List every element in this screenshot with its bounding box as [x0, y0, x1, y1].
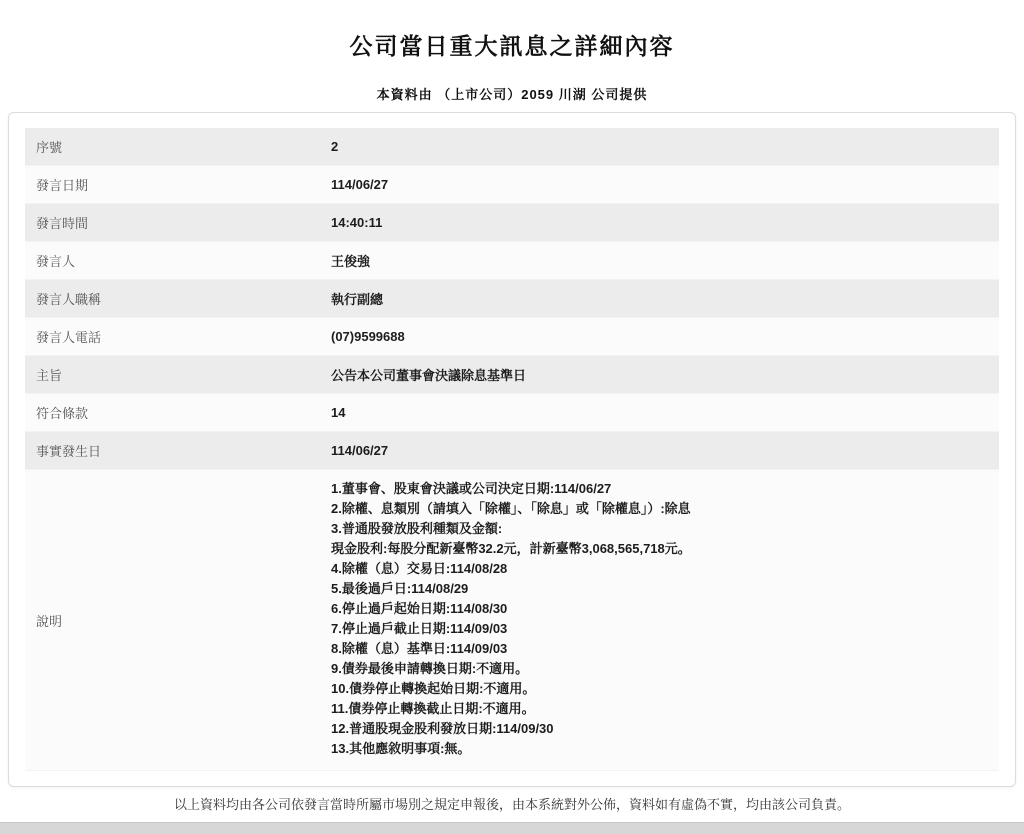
table-row-spokesperson: 發言人 王俊強: [25, 242, 999, 280]
description-line: 9.債券最後申請轉換日期:不適用。: [331, 659, 691, 679]
row-label: 發言人職稱: [25, 289, 331, 308]
description-line: 10.債券停止轉換起始日期:不適用。: [331, 679, 691, 699]
table-row-announcement-date: 發言日期 114/06/27: [25, 166, 999, 204]
table-row-event-date: 事實發生日 114/06/27: [25, 432, 999, 470]
page-footer: 以上資料均由各公司依發言當時所屬市場別之規定申報後，由本系統對外公佈，資料如有虛…: [0, 794, 1024, 813]
table-row-serial-number: 序號 2: [25, 128, 999, 166]
description-line: 2.除權、息類別（請填入「除權」、「除息」或「除權息」）:除息: [331, 499, 691, 519]
row-label: 主旨: [25, 365, 331, 384]
table-row-spokesperson-title: 發言人職稱 執行副總: [25, 280, 999, 318]
description-content: 1.董事會、股東會決議或公司決定日期:114/06/272.除權、息類別（請填入…: [331, 470, 701, 770]
row-label: 發言人電話: [25, 327, 331, 346]
row-label: 說明: [25, 611, 331, 630]
row-label: 符合條款: [25, 403, 331, 422]
row-label: 發言時間: [25, 213, 331, 232]
table-row-matched-clause: 符合條款 14: [25, 394, 999, 432]
description-line: 4.除權（息）交易日:114/08/28: [331, 559, 691, 579]
bottom-bar: [0, 822, 1024, 834]
row-label: 事實發生日: [25, 441, 331, 460]
row-value: 2: [331, 139, 348, 154]
row-value: 114/06/27: [331, 177, 398, 192]
row-value: 王俊強: [331, 251, 380, 270]
description-line: 6.停止過戶起始日期:114/08/30: [331, 599, 691, 619]
description-line: 3.普通股發放股利種類及金額:: [331, 519, 691, 539]
description-line: 8.除權（息）基準日:114/09/03: [331, 639, 691, 659]
row-label: 序號: [25, 137, 331, 156]
row-label: 發言日期: [25, 175, 331, 194]
page-header: 公司當日重大訊息之詳細內容 本資料由 （上市公司）2059 川湖 公司提供: [0, 0, 1024, 103]
table-row-spokesperson-phone: 發言人電話 (07)9599688: [25, 318, 999, 356]
row-value: 執行副總: [331, 289, 393, 308]
description-line: 12.普通股現金股利發放日期:114/09/30: [331, 719, 691, 739]
row-label: 發言人: [25, 251, 331, 270]
description-line: 11.債券停止轉換截止日期:不適用。: [331, 699, 691, 719]
row-value: 公告本公司董事會決議除息基準日: [331, 365, 536, 384]
table-row-subject: 主旨 公告本公司董事會決議除息基準日: [25, 356, 999, 394]
description-line: 5.最後過戶日:114/08/29: [331, 579, 691, 599]
disclaimer-text: 以上資料均由各公司依發言當時所屬市場別之規定申報後，由本系統對外公佈，資料如有虛…: [174, 797, 850, 812]
description-line: 1.董事會、股東會決議或公司決定日期:114/06/27: [331, 479, 691, 499]
page-title: 公司當日重大訊息之詳細內容: [0, 28, 1024, 61]
row-value: 14:40:11: [331, 215, 392, 230]
row-value: (07)9599688: [331, 329, 415, 344]
table-row-announcement-time: 發言時間 14:40:11: [25, 204, 999, 242]
row-value: 14: [331, 405, 355, 420]
description-line: 13.其他應敘明事項:無。: [331, 739, 691, 759]
data-provider-subtitle: 本資料由 （上市公司）2059 川湖 公司提供: [0, 84, 1024, 103]
announcement-detail-card: 序號 2 發言日期 114/06/27 發言時間 14:40:11 發言人 王俊…: [8, 112, 1016, 787]
row-value: 114/06/27: [331, 443, 398, 458]
description-line: 現金股利:每股分配新臺幣32.2元，計新臺幣3,068,565,718元。: [331, 539, 691, 559]
table-row-description: 說明 1.董事會、股東會決議或公司決定日期:114/06/272.除權、息類別（…: [25, 470, 999, 771]
description-line: 7.停止過戶截止日期:114/09/03: [331, 619, 691, 639]
